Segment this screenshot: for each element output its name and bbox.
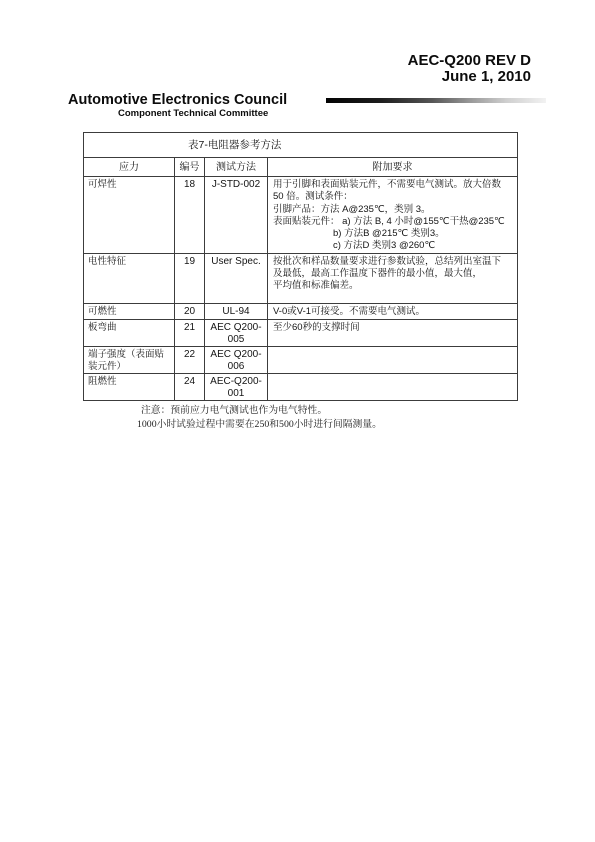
column-header-requirements: 附加要求 <box>268 158 518 177</box>
method-cell: AEC-Q200-001 <box>205 373 268 400</box>
requirement-line: 及最低，最高工作温度下器件的最小值，最大值， <box>273 268 514 280</box>
requirement-line: 用于引脚和表面贴装元件，不需要电气测试。放大倍数 <box>273 179 514 191</box>
table-row-terminal-strength: 端子强度（表面贴装元件） 22 AEC Q200-006 <box>84 346 518 373</box>
stress-cell: 阻燃性 <box>84 373 175 400</box>
table-row-flammability: 可燃性 20 UL-94 V-0或V-1可接受。不需要电气测试。 <box>84 303 518 319</box>
stress-cell: 可燃性 <box>84 303 175 319</box>
stress-cell: 端子强度（表面贴装元件） <box>84 346 175 373</box>
table-title-row: 表7-电阻器参考方法 <box>84 133 518 158</box>
requirements-cell <box>268 373 518 400</box>
method-cell: UL-94 <box>205 303 268 319</box>
method-cell: User Spec. <box>205 253 268 303</box>
gradient-divider-bar <box>326 98 546 103</box>
table-header-row: 应力 编号 测试方法 附加要求 <box>84 158 518 177</box>
method-cell: J-STD-002 <box>205 177 268 254</box>
organization-name: Automotive Electronics Council <box>68 93 287 108</box>
column-header-number: 编号 <box>175 158 205 177</box>
requirement-line: 至少60秒的支撑时间 <box>273 322 514 334</box>
number-cell: 19 <box>175 253 205 303</box>
requirements-cell <box>268 346 518 373</box>
number-cell: 21 <box>175 319 205 346</box>
reference-methods-table: 表7-电阻器参考方法 应力 编号 测试方法 附加要求 可焊性 18 J-STD-… <box>83 132 518 401</box>
requirement-line: 50 倍。测试条件： <box>273 191 514 203</box>
footnotes: 注意：预前应力电气测试也作为电气特性。 1000小时试验过程中需要在250和50… <box>137 404 382 432</box>
document-id: AEC-Q200 REV D <box>408 53 531 69</box>
method-cell: AEC Q200-006 <box>205 346 268 373</box>
number-cell: 22 <box>175 346 205 373</box>
number-cell: 18 <box>175 177 205 254</box>
organization-subtitle: Component Technical Committee <box>118 109 268 119</box>
requirement-line: c) 方法D 类别3 @260℃ <box>333 240 514 252</box>
table-title: 表7-电阻器参考方法 <box>84 133 518 158</box>
requirements-cell: 按批次和样品数量要求进行参数试验，总结列出室温下 及最低，最高工作温度下器件的最… <box>268 253 518 303</box>
column-header-stress: 应力 <box>84 158 175 177</box>
table-row-board-flex: 板弯曲 21 AEC Q200-005 至少60秒的支撑时间 <box>84 319 518 346</box>
document-date: June 1, 2010 <box>408 69 531 85</box>
footnote-line: 注意：预前应力电气测试也作为电气特性。 <box>137 404 382 418</box>
table-row-solderability: 可焊性 18 J-STD-002 用于引脚和表面贴装元件，不需要电气测试。放大倍… <box>84 177 518 254</box>
requirements-cell: 至少60秒的支撑时间 <box>268 319 518 346</box>
requirement-line: 按批次和样品数量要求进行参数试验，总结列出室温下 <box>273 256 514 268</box>
requirement-line: 平均值和标准偏差。 <box>273 280 514 292</box>
requirement-line: 引脚产品：方法 A@235℃，类别 3。 <box>273 204 514 216</box>
stress-cell: 可焊性 <box>84 177 175 254</box>
number-cell: 24 <box>175 373 205 400</box>
requirements-cell: 用于引脚和表面贴装元件，不需要电气测试。放大倍数 50 倍。测试条件： 引脚产品… <box>268 177 518 254</box>
table-row-flame-retardance: 阻燃性 24 AEC-Q200-001 <box>84 373 518 400</box>
column-header-method: 测试方法 <box>205 158 268 177</box>
document-id-block: AEC-Q200 REV D June 1, 2010 <box>408 53 531 85</box>
requirement-line: 表面贴装元件： a) 方法 B, 4 小时@155℃干热@235℃ <box>273 216 514 228</box>
requirement-line: b) 方法B @215℃ 类别3。 <box>333 228 514 240</box>
number-cell: 20 <box>175 303 205 319</box>
method-cell: AEC Q200-005 <box>205 319 268 346</box>
requirement-line: V-0或V-1可接受。不需要电气测试。 <box>273 306 514 318</box>
requirements-cell: V-0或V-1可接受。不需要电气测试。 <box>268 303 518 319</box>
document-page: AEC-Q200 REV D June 1, 2010 Automotive E… <box>0 0 595 842</box>
stress-cell: 电性特征 <box>84 253 175 303</box>
footnote-line: 1000小时试验过程中需要在250和500小时进行间隔测量。 <box>137 418 382 432</box>
table-row-electrical-characteristics: 电性特征 19 User Spec. 按批次和样品数量要求进行参数试验，总结列出… <box>84 253 518 303</box>
stress-cell: 板弯曲 <box>84 319 175 346</box>
